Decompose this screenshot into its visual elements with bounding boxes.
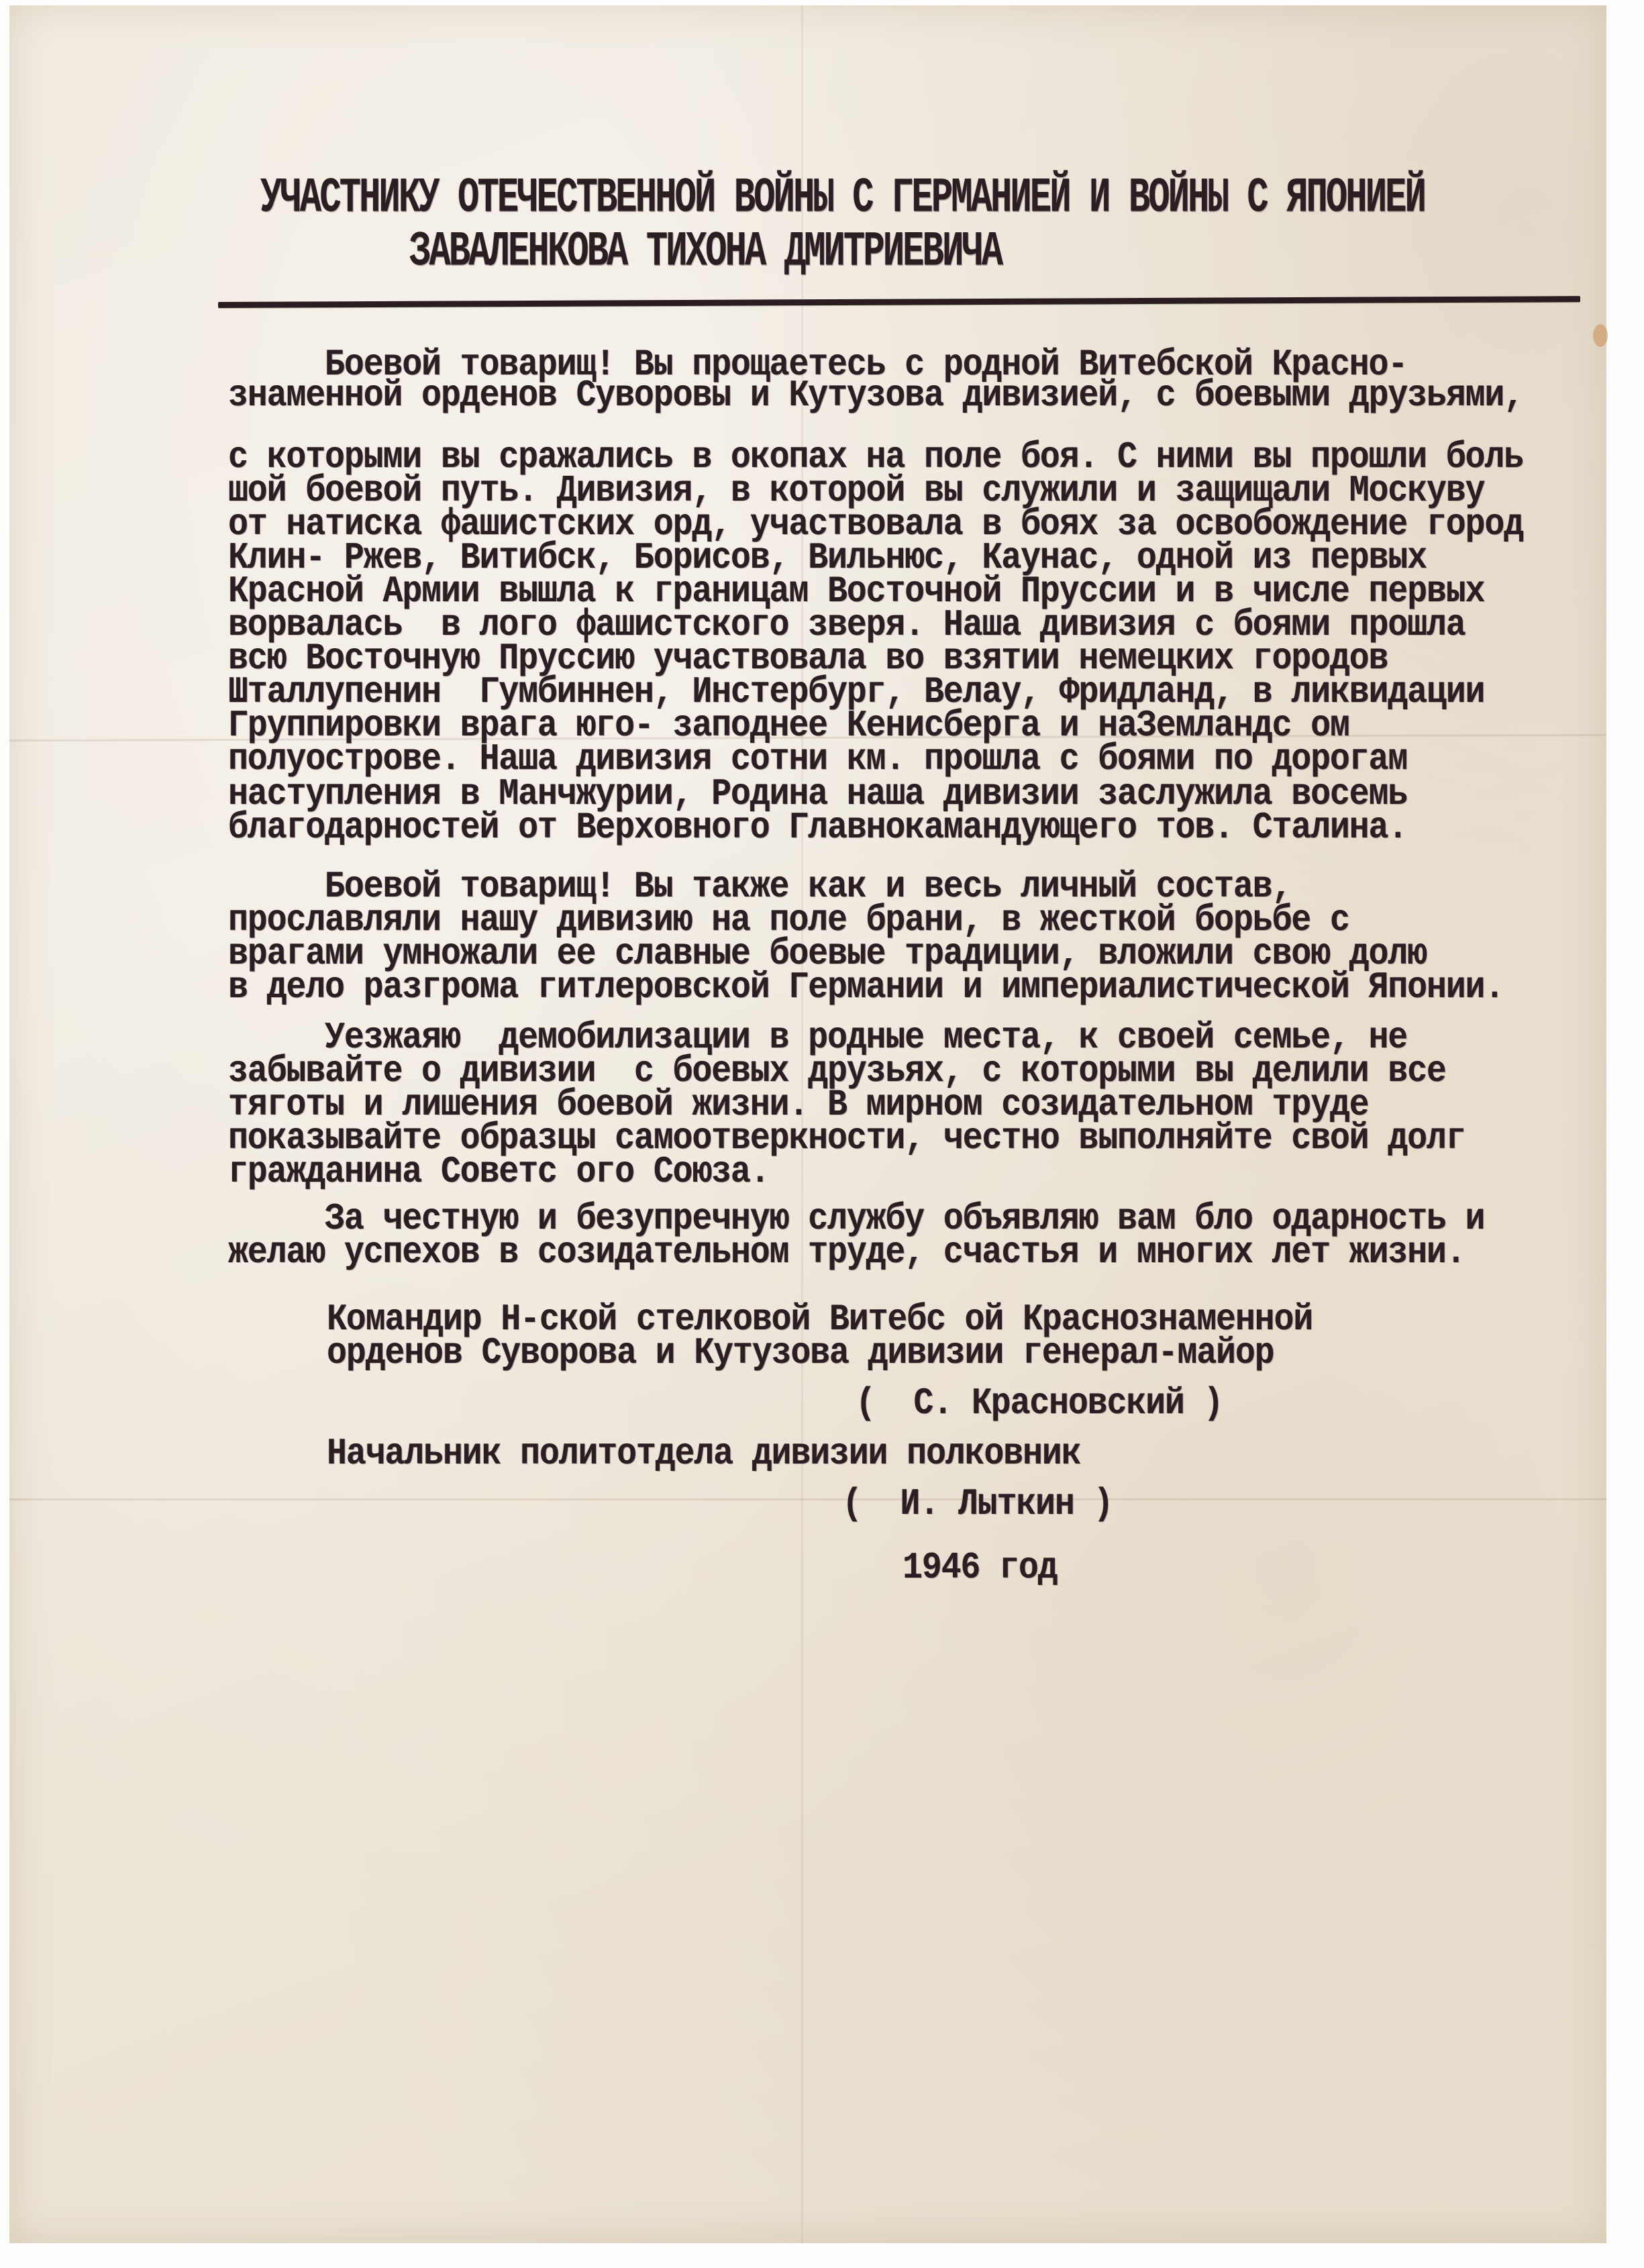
paper-stain [1593, 324, 1608, 347]
text-line: знаменной орденов Суворовы и Кутузова ди… [228, 374, 1523, 417]
document-heading-line-1: УЧАСТНИКУ ОТЕЧЕСТВЕННОЙ ВОЙНЫ С ГЕРМАНИЕ… [260, 171, 1425, 226]
politdept-name: ( И. Лыткин ) [842, 1483, 1113, 1526]
commander-name: ( С. Красновский ) [856, 1382, 1223, 1425]
commander-title-line-2: орденов Суворова и Кутузова дивизии гене… [327, 1332, 1274, 1375]
politdept-title: Начальник политотдела дивизии полковник [327, 1433, 1080, 1476]
text-line: гражданина Советс ого Союза. [228, 1151, 770, 1194]
document-date: 1946 год [903, 1547, 1057, 1590]
document-heading-line-2: ЗАВАЛЕНКОВА ТИХОНА ДМИТРИЕВИЧА [409, 225, 1001, 280]
text-line: в дело разгрома гитлеровской Германии и … [228, 966, 1504, 1009]
paper-fold-crease [9, 1498, 1606, 1500]
text-line: благодарностей от Верховного Главнокаман… [228, 807, 1407, 849]
text-line: желаю успехов в созидательном труде, сча… [228, 1231, 1466, 1274]
